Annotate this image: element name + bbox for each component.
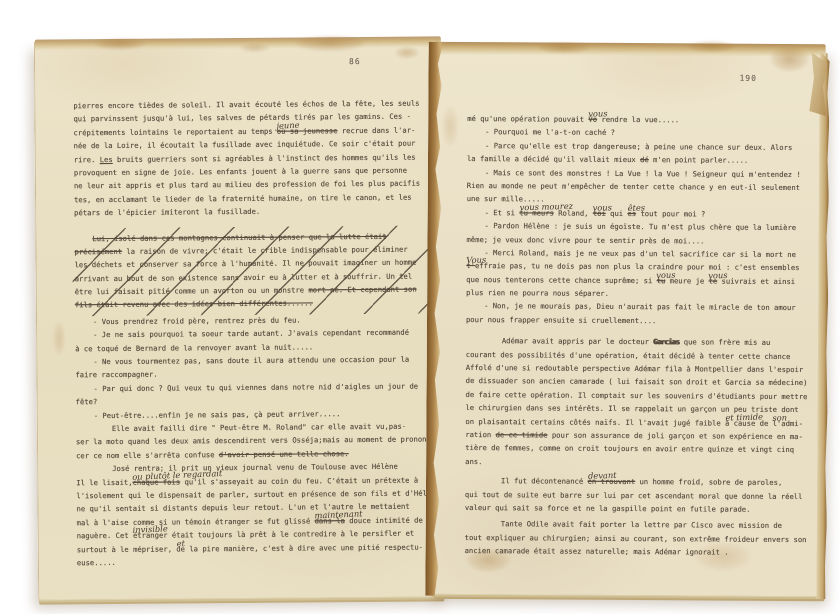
typescript-line: ancien camarade était assez naturelle; m… [465, 544, 819, 560]
typed-text: courant des possibiités d'une opération,… [466, 350, 791, 361]
paper-stain [283, 32, 378, 55]
typed-text: suivrais et ainsi [717, 276, 795, 285]
struck-out-text: Lui, isolé dans ces montagnes continuait… [92, 231, 386, 242]
handwritten-correction: maintenant [314, 509, 315, 522]
typed-text: - Par qui donc ? Qui veux tu qui viennes… [94, 381, 419, 393]
typescript-line: pétars de l'épicier imiteront la fusilla… [74, 204, 430, 220]
paper-stain [679, 38, 744, 54]
crossed-out-paragraph: Lui, isolé dans ces montagnes continuait… [74, 229, 431, 312]
paragraph: mé qu'une opération pouvait vousVo rendr… [466, 112, 821, 328]
typed-text: étranger était toujours là prêt à le con… [133, 529, 414, 540]
typed-text: euse..... [77, 558, 116, 567]
typed-text: tes, en acclamant le lieder de la frater… [74, 192, 412, 204]
typed-text: Garcias [653, 337, 679, 346]
typed-text: Il fut décontenancé [501, 476, 588, 486]
typed-text: bruits guerriers sont si agréables à l'i… [113, 152, 416, 163]
struck-out-text: dé [640, 155, 649, 164]
typed-text: effraie pas, tu ne dois pas non plus la … [475, 261, 800, 272]
typed-text: ser la moto quand les deux amis descendi… [76, 435, 427, 447]
typed-text: de dissuader son ancien camarade ( lui f… [466, 376, 808, 387]
paragraph: Il fut décontenancé devanten trouvant un… [465, 474, 819, 516]
typed-text: tière de femmes, comme on croit toujours… [465, 443, 794, 454]
typed-text: de la pire manière, c'est à dire avec un… [176, 542, 423, 553]
typed-text: ans. [465, 457, 482, 466]
typed-text: naguère. Cet [77, 531, 133, 540]
typed-text: même; je veux donc vivre pour te sentir … [466, 235, 704, 245]
typed-text: à ce toqué de Bernard de la renvoyer ava… [75, 342, 313, 353]
typed-text: - Je ne sais pourquoi ta soeur tarde aut… [93, 328, 409, 339]
typed-text: tout expliquer au chirurgien; ainsi au c… [465, 533, 807, 544]
typescript-line: pour nous frapper ensuite si cruellement… [466, 313, 820, 329]
paper-stain [763, 42, 815, 76]
dog-eared-corner [809, 52, 827, 116]
typed-text: pierres encore tièdes de soleil. Il avai… [73, 99, 419, 111]
typed-text: qui tout de suite eut barre sur lui par … [465, 490, 803, 501]
paper-stack-top-edge [35, 36, 441, 50]
page-number: 190 [739, 74, 757, 83]
typed-text: faire raccompagner. [75, 370, 157, 380]
page-number: 86 [349, 57, 361, 66]
struck-out-text: précisément [74, 247, 122, 256]
typed-text: la raison de vivre; c'était le crible in… [122, 245, 408, 256]
typed-text: m'en point parler..... [649, 155, 749, 165]
typed-text: pétars de l'épicier imiteront la fusilla… [74, 207, 260, 217]
typed-text: provoquent en signe de joie. Les enfants… [74, 166, 407, 178]
typed-text: surtout à le mépriser, [77, 544, 177, 554]
typescript-line: fils était revenu avec des idées bien di… [75, 296, 431, 312]
typescript-line: valeur qui sait sa force et ne la gaspil… [465, 501, 819, 517]
typescript-text-block: pierres encore tièdes de soleil. Il avai… [73, 97, 433, 570]
typed-text: ration [465, 430, 495, 439]
typed-text: cer ce nom elle s'arrêta confuse [76, 450, 219, 460]
paper-stack-top-edge [434, 42, 826, 57]
typed-text: pour son assurance de joli garçon et son… [548, 430, 803, 441]
typed-text: Il le lisait, [76, 477, 132, 486]
typed-text: que son frère mis au [679, 338, 770, 348]
typescript-line: ans. [465, 455, 819, 471]
typed-text: fête? [76, 397, 98, 406]
typed-text: l'isolement qui le dispensait de parler,… [76, 488, 431, 500]
paragraph: Tante Odile avait fait porter la lettre … [465, 517, 819, 559]
typescript-text-block: mé qu'une opération pouvait vousVo rendr… [465, 112, 822, 560]
typed-text: - Et si [485, 208, 520, 217]
typed-text: - Peut-être....enfin je ne sais pas, çà … [94, 409, 341, 420]
struck-out-text: mort né. Et cependant son [308, 285, 416, 295]
typed-text: ancien camarade était assez naturelle; m… [465, 546, 729, 557]
typed-text: ne leur ait appris et plus tard au milie… [74, 179, 420, 191]
typed-text: née de la Loire, il écoutait la fusillad… [74, 139, 416, 151]
typed-text: crépitements lointains le reportaient au… [73, 126, 276, 137]
typed-text: on plaisantait certains côtés naïfs. Il … [465, 417, 725, 428]
paper-stain [51, 316, 67, 360]
typescript-line: - Je ne sais pourquoi ta soeur tarde aut… [75, 326, 431, 342]
typed-text: valeur qui sait sa force et ne la gaspil… [465, 503, 751, 514]
typed-text: rire. [74, 155, 100, 164]
typed-text: - Ne vous tourmentez pas, sans doute il … [93, 355, 409, 366]
paper-stain [391, 45, 423, 61]
typed-text: - Pourquoi me l'a-t-on caché ? [485, 128, 615, 138]
typed-text: qui parvinssent jusqu'à lui, les salves … [73, 112, 411, 124]
typed-text: Adémar avait appris par le docteur [502, 336, 654, 346]
typescript-line: tière de femmes, comme on croit toujours… [465, 441, 819, 457]
typed-text: Tante Odile avait fait porter la lettre … [501, 520, 782, 531]
struck-out-text: de ce timide [496, 430, 548, 439]
typed-text: - Mais ce sont des monstres ! La Vue ! l… [485, 168, 801, 179]
typed-text: tout pour moi ? [636, 209, 705, 218]
struck-out-text: d'avoir pensé une telle chose. [219, 449, 349, 459]
typed-text: être lui faisait pitié comme un avorton … [75, 286, 309, 297]
typed-text: rendre la vue..... [597, 115, 679, 125]
typed-text: la famille a décidé qu'il vallait mieux [467, 154, 640, 164]
typed-text: de faire cette opération. Il comptait su… [466, 390, 808, 401]
photo-backdrop: 86 pierres encore tièdes de soleil. Il a… [0, 0, 840, 614]
typed-text: plus rien ne pourra nous séparer. [466, 288, 609, 298]
typed-text: - Parce qu'elle est trop dangereuse; à p… [485, 141, 792, 152]
typed-text: - Merci Roland, mais je ne veux pas d'un… [484, 248, 796, 259]
typescript-line: ser la moto quand les deux amis descendi… [76, 433, 432, 449]
paragraph: pierres encore tièdes de soleil. Il avai… [73, 97, 430, 220]
typescript-line: euse..... [77, 553, 433, 569]
struck-out-text: fils était revenu avec des idées bien di… [75, 299, 313, 310]
typed-text: mé qu'une opération pouvait [467, 114, 588, 124]
typed-text: un homme froid, sobre de paroles, [635, 477, 782, 487]
typescript-line: surtout à le mépriser, etde la pire mani… [77, 540, 433, 556]
paper-stain [439, 99, 461, 154]
typed-text: - Vous prendrez froid père, rentrez près… [93, 315, 301, 326]
paper-stain [529, 39, 599, 55]
typed-text: Elle avait failli dire " Peut-être M. Ro… [112, 422, 406, 433]
paper-stain [235, 42, 275, 54]
typed-text: - Non, je ne mourais pas, Dieu n'aurait … [484, 302, 796, 313]
typed-text: arrivant au bout de son existence sans a… [75, 271, 413, 283]
typed-text: Rien au monde ne peut m'empêcher de tent… [467, 181, 800, 192]
typed-text: - Pardon Hélène : je suis un égoïste. Tu… [485, 221, 797, 232]
manuscript-page-left: 86 pierres encore tièdes de soleil. Il a… [34, 38, 445, 599]
paragraph: Adémar avait appris par le docteur Garci… [465, 334, 820, 470]
typed-text: mal à l'aise comme si un témoin étranger… [77, 516, 315, 527]
typed-text: les déchets et conserver sa force à l'hu… [75, 258, 417, 270]
typed-text: que nous tenterons cette chance suprême;… [466, 275, 656, 285]
typed-text: pour nous frapper ensuite si cruellement… [466, 315, 656, 325]
typed-text: recrue dans l'ar- [337, 125, 415, 135]
paragraph: - Vous prendrez froid père, rentrez près… [75, 312, 433, 569]
typed-text: Les [100, 155, 113, 164]
paper-stain [85, 36, 155, 53]
typed-text: Affolé d'une si redoutable perspective A… [466, 363, 804, 374]
manuscript-page-right: 190 mé qu'une opération pouvait vousVo r… [430, 44, 825, 596]
handwritten-correction: ou plutôt le regardait [132, 470, 133, 483]
handwritten-correction: et [176, 537, 177, 550]
